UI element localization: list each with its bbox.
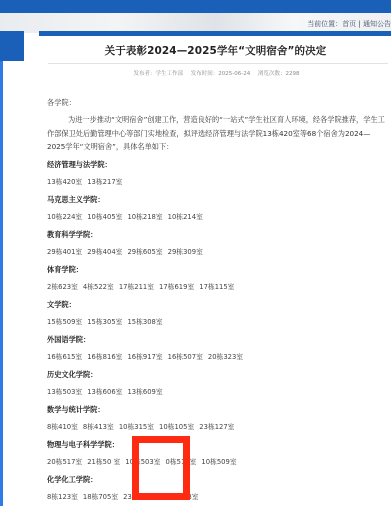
room-entry: 10栋105室 — [159, 423, 194, 431]
room-entry: 8栋410室 — [47, 423, 78, 431]
intro-paragraph: 为进一步推动“文明宿舍”创建工作，营造良好的“一站式”学生社区育人环境，经各学院… — [47, 113, 387, 154]
college-name: 教育科学学院： — [47, 228, 387, 241]
room-list: 10栋224室10栋405室10栋218室10栋214室 — [47, 211, 387, 224]
room-entry: 21栋50 室 — [87, 458, 120, 466]
breadcrumb-label: 当前位置： — [307, 20, 342, 28]
room-entry: 8栋123室 — [47, 493, 78, 501]
college-section: 数学与统计学院：8栋410室8栋413室10栋315室10栋105室23栋127… — [47, 403, 387, 434]
college-section: 文学院：15栋509室15栋305室15栋308室 — [47, 298, 387, 329]
room-entry: 16栋615室 — [47, 353, 82, 361]
room-list: 8栋123室18栋705室23栋408室34栋403室 — [47, 491, 387, 504]
college-name: 外国语学院： — [47, 333, 387, 346]
room-entry: 10栋214室 — [168, 213, 203, 221]
room-list: 13栋503室13栋606室13栋609室 — [47, 386, 387, 399]
breadcrumb: 当前位置：首页 | 通知公告 — [307, 19, 391, 29]
room-list: 29栋401室29栋404室29栋605室29栋309室 — [47, 246, 387, 259]
publisher: 发布者：学生工作部 — [134, 71, 184, 77]
room-entry: 16栋816室 — [87, 353, 122, 361]
room-list: 16栋615室16栋816室16栋917室16栋507室20栋323室 — [47, 351, 387, 364]
room-list: 15栋509室15栋305室15栋308室 — [47, 316, 387, 329]
room-entry: 15栋509室 — [47, 318, 82, 326]
college-name: 数学与统计学院： — [47, 403, 387, 416]
room-entry: 13栋606室 — [87, 388, 122, 396]
breadcrumb-path[interactable]: 首页 | 通知公告 — [342, 20, 391, 28]
room-list: 13栋420室13栋217室 — [47, 176, 387, 189]
room-entry: 18栋705室 — [83, 493, 118, 501]
room-entry: 16栋917室 — [127, 353, 162, 361]
view-count: 浏览次数：2298 — [258, 71, 300, 77]
article-body: 各学院： 为进一步推动“文明宿舍”创建工作，营造良好的“一站式”学生社区育人环境… — [47, 98, 387, 504]
college-name: 经济管理与法学院： — [47, 158, 387, 171]
room-list: 20栋517室21栋50 室10栋503室0栋511室10栋509室 — [47, 456, 387, 469]
room-entry: 4栋522室 — [83, 283, 114, 291]
red-highlight-box — [132, 436, 190, 500]
room-entry: 29栋605室 — [127, 248, 162, 256]
college-list: 经济管理与法学院：13栋420室13栋217室马克思主义学院：10栋224室10… — [47, 158, 387, 504]
college-section: 体育学院：2栋623室4栋522室17栋211室17栋619室17栋115室 — [47, 263, 387, 294]
room-entry: 10栋509室 — [201, 458, 236, 466]
room-entry: 29栋309室 — [168, 248, 203, 256]
college-section: 外国语学院：16栋615室16栋816室16栋917室16栋507室20栋323… — [47, 333, 387, 364]
college-section: 教育科学学院：29栋401室29栋404室29栋605室29栋309室 — [47, 228, 387, 259]
room-list: 2栋623室4栋522室17栋211室17栋619室17栋115室 — [47, 281, 387, 294]
content-header-bar — [39, 31, 391, 36]
top-navigation-bar — [0, 0, 391, 13]
college-name: 化学化工学院： — [47, 473, 387, 486]
publish-date: 发布时间：2025-06-24 — [191, 71, 250, 77]
room-entry: 20栋323室 — [208, 353, 243, 361]
room-entry: 13栋217室 — [87, 178, 122, 186]
college-name: 历史文化学院： — [47, 368, 387, 381]
room-entry: 17栋211室 — [119, 283, 154, 291]
college-name: 体育学院： — [47, 263, 387, 276]
room-entry: 23栋127室 — [199, 423, 234, 431]
room-entry: 10栋218室 — [127, 213, 162, 221]
college-name: 文学院： — [47, 298, 387, 311]
room-entry: 17栋115室 — [199, 283, 234, 291]
room-entry: 13栋503室 — [47, 388, 82, 396]
salutation: 各学院： — [47, 98, 387, 108]
title-divider — [48, 63, 388, 64]
college-section: 物理与电子科学学院：20栋517室21栋50 室10栋503室0栋511室10栋… — [47, 438, 387, 469]
room-entry: 2栋623室 — [47, 283, 78, 291]
article-meta: 发布者：学生工作部 发布时间：2025-06-24 浏览次数：2298 — [0, 69, 391, 77]
college-name: 物理与电子科学学院： — [47, 438, 387, 451]
college-section: 马克思主义学院：10栋224室10栋405室10栋218室10栋214室 — [47, 193, 387, 224]
college-section: 经济管理与法学院：13栋420室13栋217室 — [47, 158, 387, 189]
room-entry: 29栋404室 — [87, 248, 122, 256]
room-list: 8栋410室8栋413室10栋315室10栋105室23栋127室 — [47, 421, 387, 434]
room-entry: 13栋420室 — [47, 178, 82, 186]
room-entry: 13栋609室 — [127, 388, 162, 396]
room-entry: 10栋405室 — [87, 213, 122, 221]
room-entry: 20栋517室 — [47, 458, 82, 466]
room-entry: 29栋401室 — [47, 248, 82, 256]
room-entry: 8栋413室 — [83, 423, 114, 431]
room-entry: 10栋315室 — [119, 423, 154, 431]
room-entry: 15栋305室 — [87, 318, 122, 326]
room-entry: 16栋507室 — [168, 353, 203, 361]
room-entry: 15栋308室 — [127, 318, 162, 326]
room-entry: 17栋619室 — [159, 283, 194, 291]
room-entry: 10栋224室 — [47, 213, 82, 221]
college-name: 马克思主义学院： — [47, 193, 387, 206]
college-section: 历史文化学院：13栋503室13栋606室13栋609室 — [47, 368, 387, 399]
article-title: 关于表彰2024—2025学年“文明宿舍”的决定 — [0, 43, 391, 58]
college-section: 化学化工学院：8栋123室18栋705室23栋408室34栋403室 — [47, 473, 387, 504]
